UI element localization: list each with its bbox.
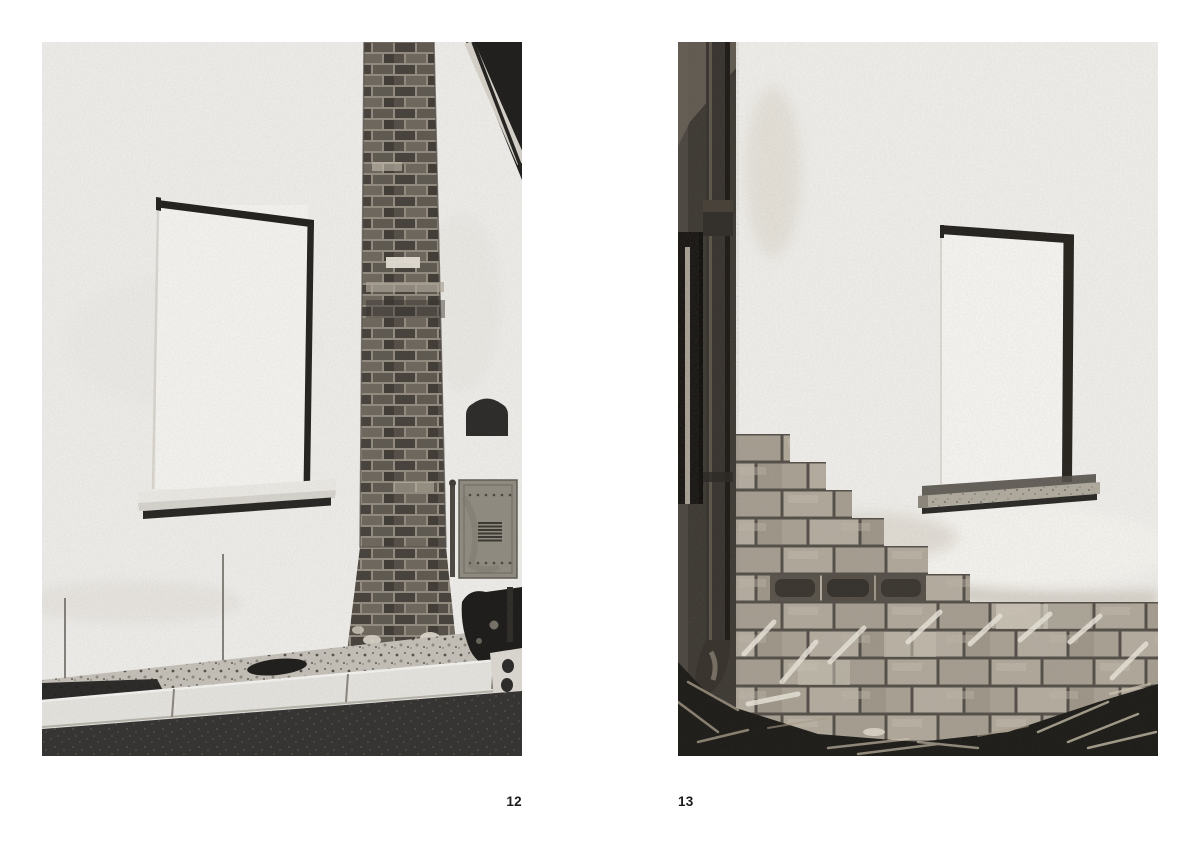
left-photo bbox=[42, 42, 522, 756]
book-spread: 12 13 bbox=[0, 0, 1200, 847]
right-photo bbox=[678, 42, 1158, 756]
right-page-number: 13 bbox=[678, 794, 1158, 810]
left-page-number: 12 bbox=[42, 794, 522, 810]
right-plate bbox=[678, 42, 1158, 756]
left-plate bbox=[42, 42, 522, 756]
film-grain bbox=[42, 42, 522, 756]
film-grain bbox=[678, 42, 1158, 756]
